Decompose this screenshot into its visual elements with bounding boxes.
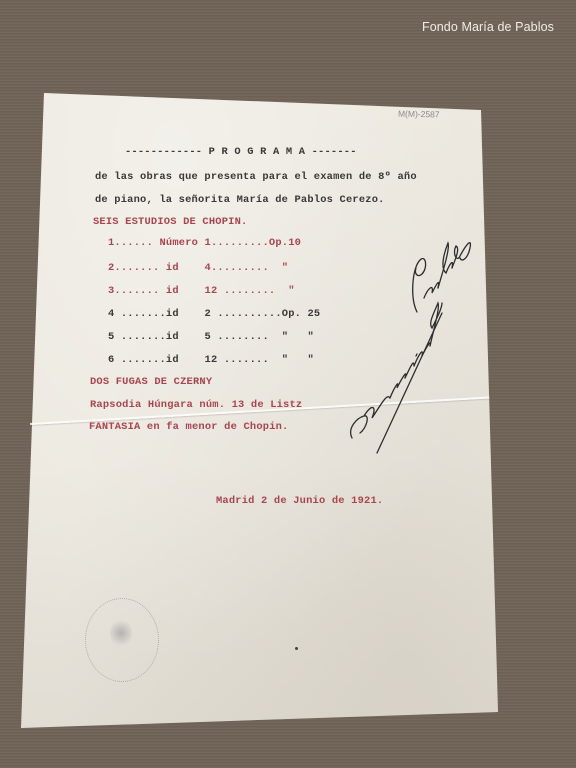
ink-speck (295, 647, 298, 650)
etude-item: 5 .......id 5 ........ " " (108, 331, 314, 343)
fantasia-line: FANTASIA en fa menor de Chopin. (89, 421, 289, 433)
section-chopin-etudes: SEIS ESTUDIOS DE CHOPIN. (93, 216, 247, 228)
etude-item: 3....... id 12 ........ " (108, 285, 295, 297)
archive-reference: M(M)-2587 (398, 109, 440, 120)
intro-line-2: de piano, la señorita María de Pablos Ce… (95, 194, 385, 206)
intro-line-1: de las obras que presenta para el examen… (95, 171, 417, 183)
program-title: ------------ P R O G R A M A ------- (125, 146, 357, 158)
etude-item: 4 .......id 2 ..........Op. 25 (108, 308, 320, 320)
etude-item: 6 .......id 12 ....... " " (108, 354, 314, 366)
date-line: Madrid 2 de Junio de 1921. (216, 495, 383, 507)
etude-item: 2....... id 4......... " (108, 262, 288, 274)
handwritten-signature (342, 228, 492, 458)
liszt-rhapsody-line: Rapsodia Húngara núm. 13 de Listz (90, 399, 302, 411)
seal-center (110, 618, 132, 648)
section-czerny: DOS FUGAS DE CZERNY (90, 376, 212, 388)
etude-item: 1...... Número 1.........Op.10 (108, 237, 301, 249)
watermark-label: Fondo María de Pablos (422, 20, 554, 34)
